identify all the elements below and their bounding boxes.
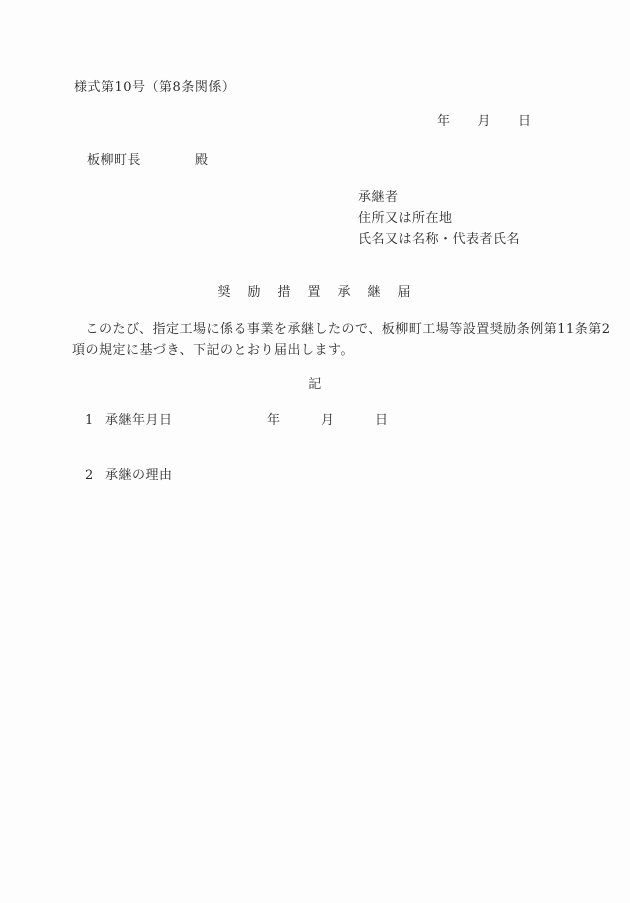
document-page: 様式第10号（第8条関係） 年 月 日 板柳町長 殿 承継者 住所又は所在地 氏… xyxy=(0,0,630,903)
form-number: 様式第10号（第8条関係） xyxy=(74,78,235,97)
item-2-number: 2 xyxy=(85,466,94,485)
body-paragraph-line-2: 項の規定に基づき、下記のとおり届出します。 xyxy=(72,341,354,360)
document-title: 奨 励 措 置 承 継 届 xyxy=(0,283,630,302)
successor-name-label: 氏名又は名称・代表者氏名 xyxy=(358,230,520,249)
item-1-label: 承継年月日 xyxy=(105,411,173,430)
item-1-number: 1 xyxy=(85,411,94,430)
record-marker: 記 xyxy=(0,375,630,394)
successor-address-label: 住所又は所在地 xyxy=(358,209,453,228)
issue-date-line: 年 月 日 xyxy=(437,112,532,131)
item-2-label: 承継の理由 xyxy=(105,466,173,485)
addressee-line: 板柳町長 殿 xyxy=(87,151,209,170)
item-1-date-placeholder: 年 月 日 xyxy=(267,411,389,430)
body-paragraph-line-1: このたび、指定工場に係る事業を承継したので、板柳町工場等設置奨励条例第11条第2 xyxy=(72,320,611,339)
successor-role-label: 承継者 xyxy=(358,188,399,207)
